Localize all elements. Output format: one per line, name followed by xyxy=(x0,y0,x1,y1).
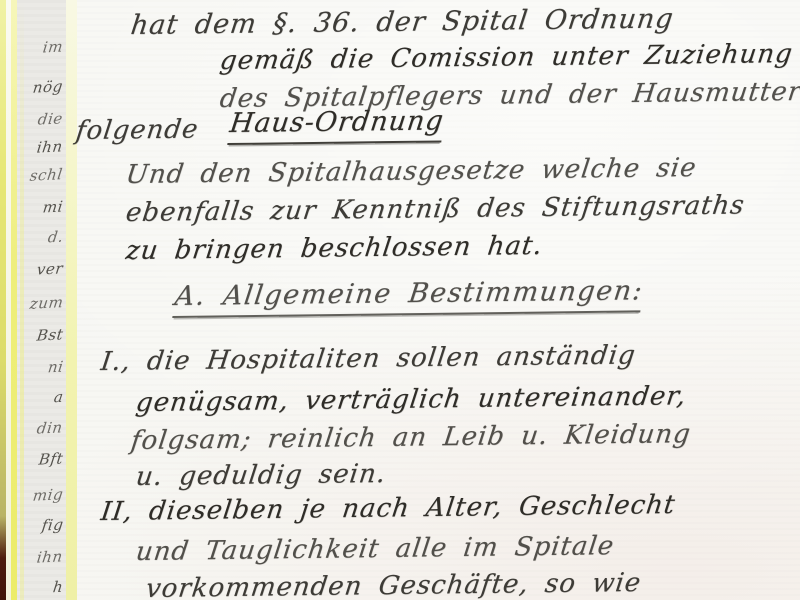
cutoff-word-fragment: zum xyxy=(28,293,64,313)
cutoff-word-fragment: im xyxy=(42,37,64,56)
cutoff-word-fragment: a xyxy=(52,388,64,406)
handwriting-text: hat dem §. 36. der Spital Ordnung xyxy=(129,3,676,41)
handwriting-line: Haus-Ordnung xyxy=(228,105,446,139)
cutoff-word-fragment: ni xyxy=(46,358,64,377)
handwriting-text: u. geduldig sein. xyxy=(134,459,388,492)
handwriting-line: folgende xyxy=(74,115,200,147)
manuscript-scan: imnögdieihnschlmid.verzumBstniadinBftmig… xyxy=(0,0,800,600)
handwriting-text: II, dieselben je nach Alter, Geschlecht xyxy=(99,490,677,527)
cutoff-word-fragment: ver xyxy=(36,259,64,278)
handwriting-text: folgsam; reinlich an Leib u. Kleidung xyxy=(129,419,693,456)
handwriting-line: und Tauglichkeit alle im Spitale xyxy=(134,531,616,567)
handwriting-text: vorkommenden Geschäfte, so wie xyxy=(144,568,643,600)
handwriting-line: Und den Spitalhausgesetze welche sie xyxy=(124,153,698,190)
cutoff-word-fragment: Bst xyxy=(36,325,65,344)
handwriting-line: genügsam, verträglich untereinander, xyxy=(134,381,688,418)
cutoff-word-fragment: die xyxy=(37,109,64,128)
handwriting-text: Und den Spitalhausgesetze welche sie xyxy=(124,153,698,190)
handwriting-text: A. Allgemeine Bestimmungen: xyxy=(172,275,645,318)
handwriting-line: folgsam; reinlich an Leib u. Kleidung xyxy=(129,419,693,456)
handwriting-text: gemäß die Comission unter Zuziehung xyxy=(218,39,795,76)
cutoff-word-fragment: d. xyxy=(46,228,64,247)
handwriting-line: zu bringen beschlossen hat. xyxy=(124,231,544,266)
cutoff-word-fragment: ihn xyxy=(36,137,64,156)
handwriting-line: hat dem §. 36. der Spital Ordnung xyxy=(129,3,676,41)
handwriting-line: u. geduldig sein. xyxy=(134,459,388,492)
handwriting-line: I., die Hospitaliten sollen anständig xyxy=(99,340,637,377)
cutoff-word-fragment: din xyxy=(36,418,64,437)
handwriting-text: Haus-Ordnung xyxy=(227,105,446,145)
adjacent-page-sliver: imnögdieihnschlmid.verzumBstniadinBftmig… xyxy=(17,0,66,600)
section-heading: A. Allgemeine Bestimmungen: xyxy=(173,275,645,312)
handwriting-text: genügsam, verträglich untereinander, xyxy=(134,381,688,418)
handwriting-line: ebenfalls zur Kenntniß des Stiftungsrath… xyxy=(124,190,746,228)
handwriting-line: vorkommenden Geschäfte, so wie xyxy=(144,568,643,600)
cutoff-word-fragment: h xyxy=(52,578,64,597)
cutoff-word-fragment: ihn xyxy=(36,547,64,566)
cutoff-word-fragment: Bft xyxy=(38,449,65,468)
handwriting-text: zu bringen beschlossen hat. xyxy=(124,231,544,266)
handwriting-text: I., die Hospitaliten sollen anständig xyxy=(99,340,637,377)
page-edge-yellow-band xyxy=(66,0,77,600)
handwriting-text: folgende xyxy=(74,115,200,147)
cutoff-word-fragment: mig xyxy=(32,485,65,505)
cutoff-word-fragment: schl xyxy=(29,165,64,185)
handwriting-text: und Tauglichkeit alle im Spitale xyxy=(134,531,616,567)
cutoff-word-fragment: fig xyxy=(40,515,64,534)
page-fold-highlight xyxy=(20,0,24,600)
handwriting-text: ebenfalls zur Kenntniß des Stiftungsrath… xyxy=(124,190,746,228)
cutoff-word-fragment: nög xyxy=(32,77,64,97)
handwriting-line: II, dieselben je nach Alter, Geschlecht xyxy=(99,490,677,527)
handwriting-line: gemäß die Comission unter Zuziehung xyxy=(218,39,795,76)
manuscript-page: hat dem §. 36. der Spital Ordnunggemäß d… xyxy=(77,0,800,600)
cutoff-word-fragment: mi xyxy=(42,197,64,216)
